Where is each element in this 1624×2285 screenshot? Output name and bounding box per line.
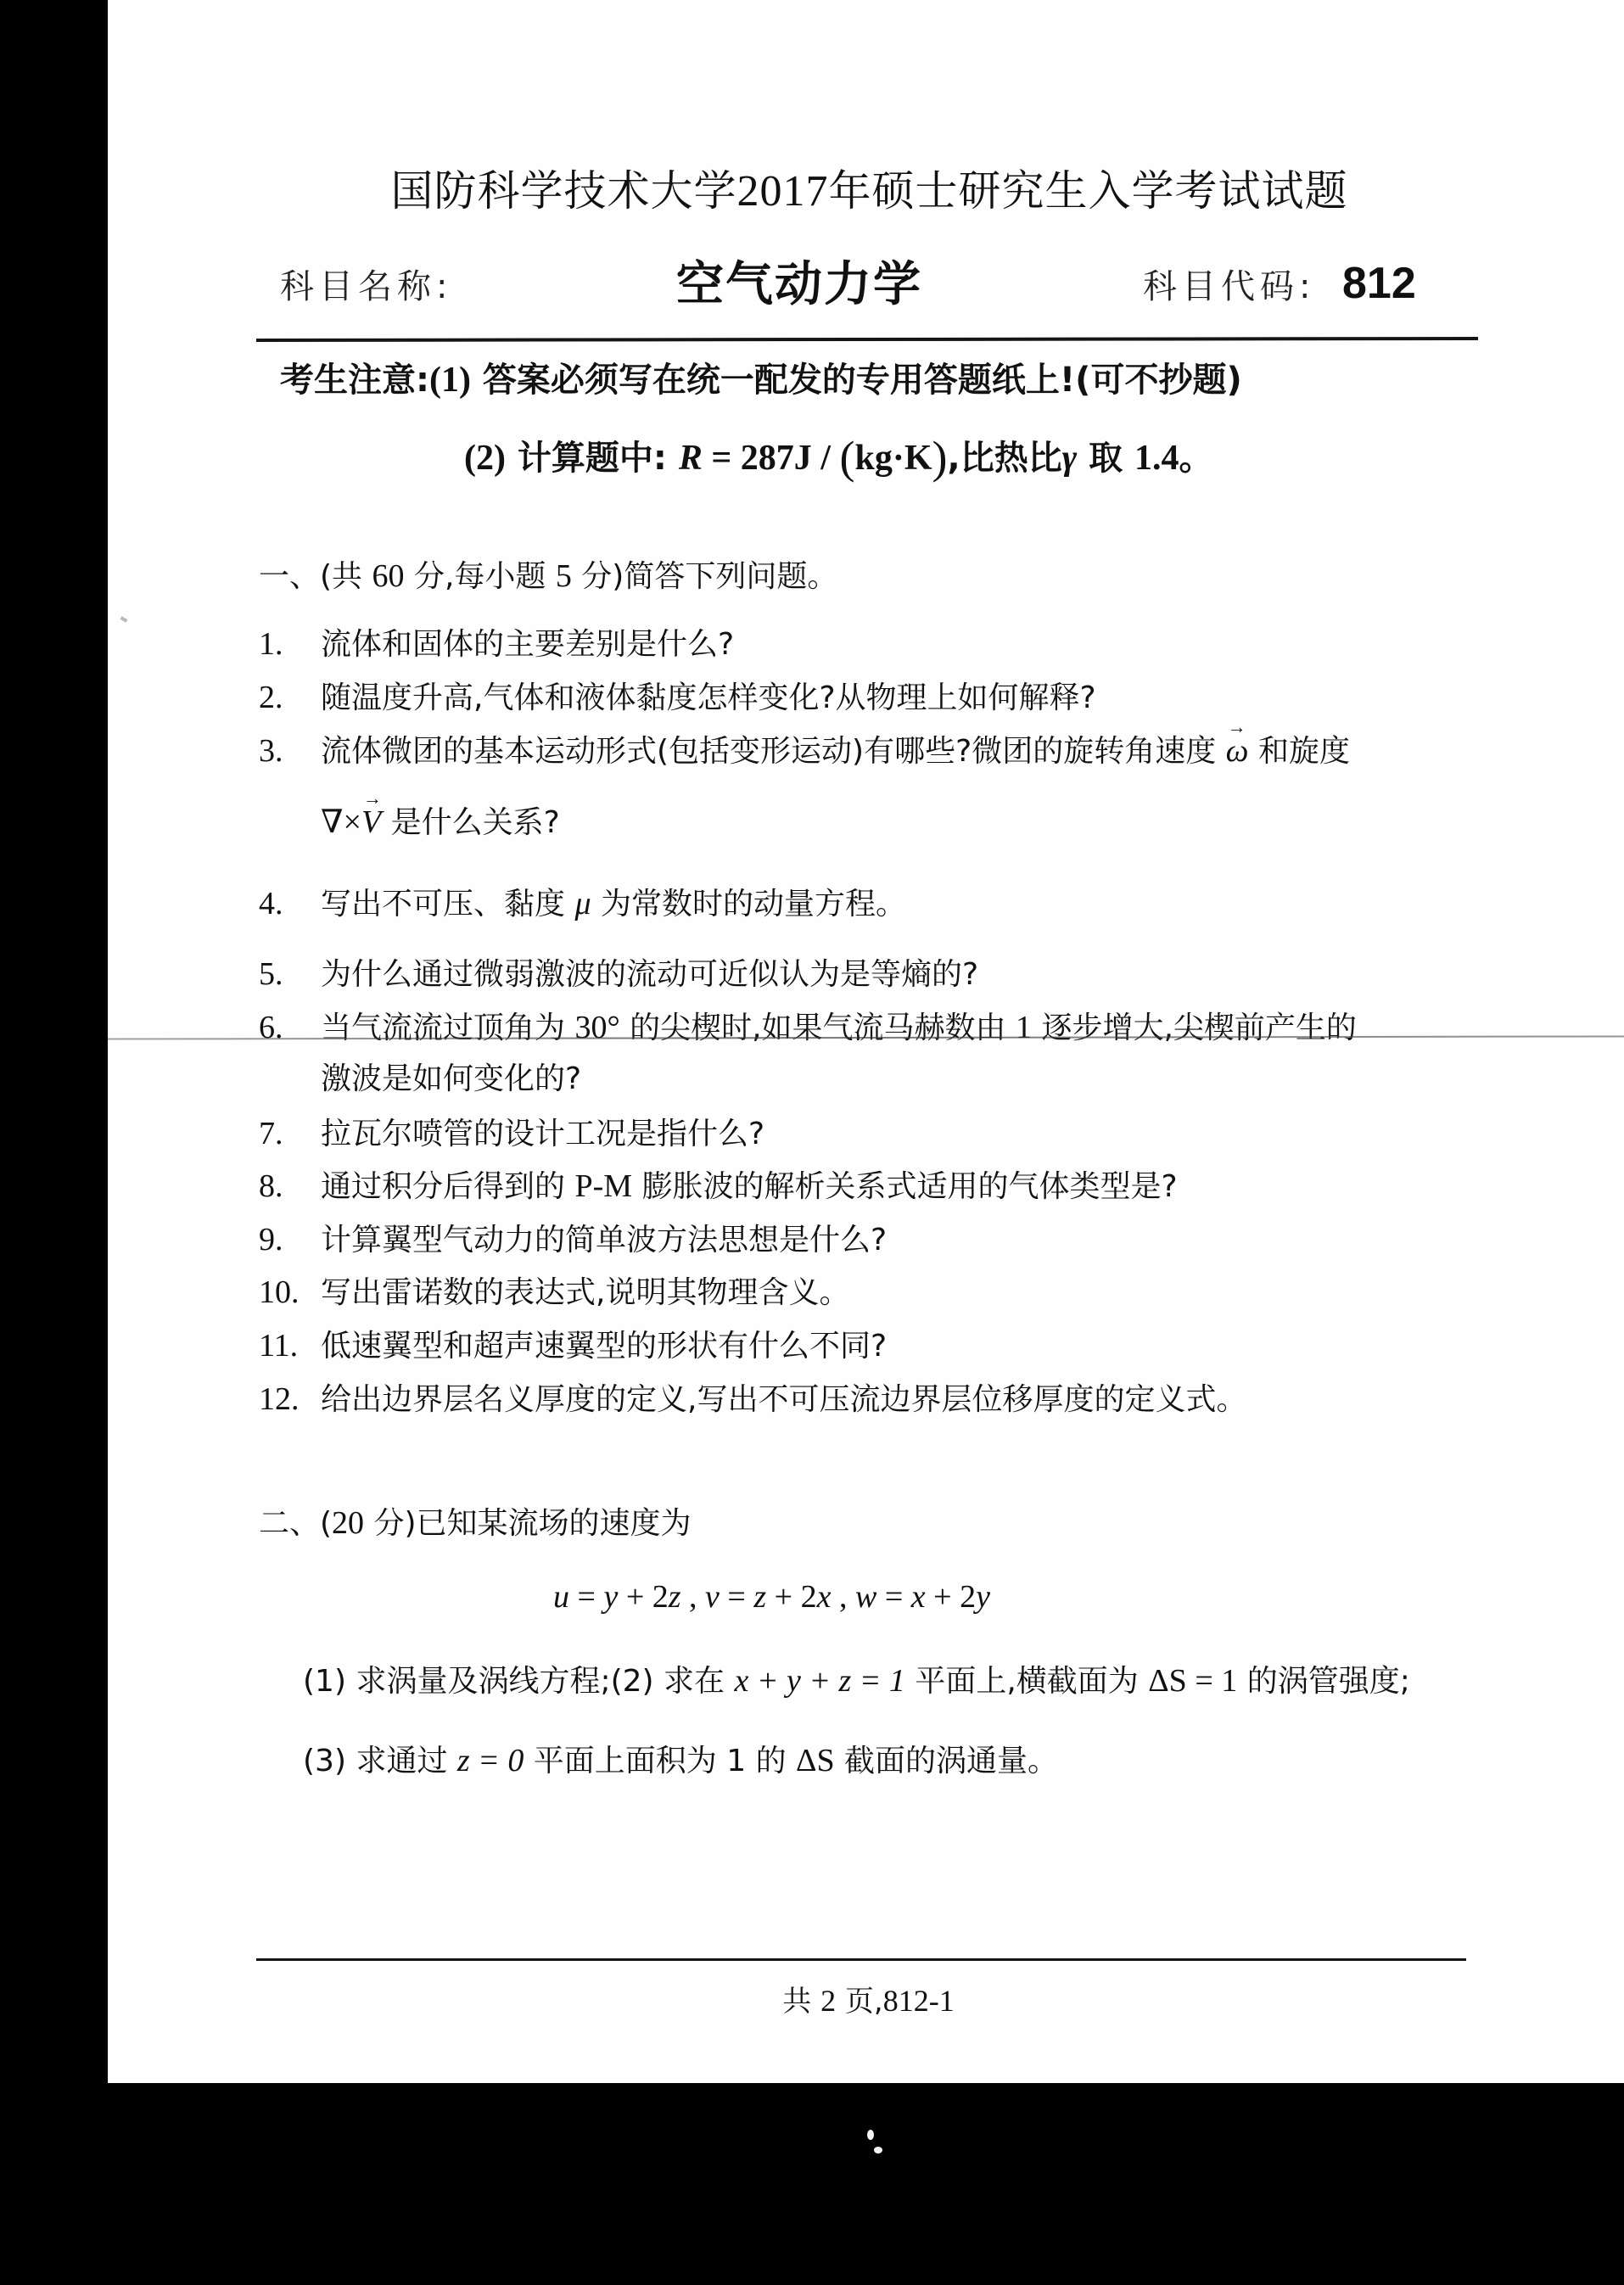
footer-divider: [256, 1958, 1466, 1961]
question-item: 11.低速翼型和超声速翼型的形状有什么不同?: [259, 1330, 887, 1362]
title-year: 2017: [737, 167, 829, 216]
page-footer: 共 2 页,812-1: [108, 1985, 1624, 2016]
omega-vector-symbol: ω: [1226, 735, 1249, 767]
question-item: 4.写出不可压、黏度 μ 为常数时的动量方程。: [259, 888, 906, 920]
notice-item2-num: (2): [464, 439, 506, 478]
question-item-continuation: ∇×V 是什么关系?: [259, 806, 560, 838]
subject-label: 科目名称:: [280, 270, 452, 304]
notice-line-2: (2) 计算题中: R = 287J / (kg·K),比热比γ 取 1.4。: [464, 434, 1213, 480]
question-item: 12.给出边界层名义厚度的定义,写出不可压流边界层位移厚度的定义式。: [259, 1383, 1246, 1415]
question-item: 7.拉瓦尔喷管的设计工况是指什么?: [259, 1117, 764, 1150]
notice-label: 考生注意:: [280, 361, 429, 400]
nabla-cross-symbol: ∇×: [321, 804, 361, 840]
exam-title: 国防科学技术大学2017年硕士研究生入学考试试题: [108, 170, 1624, 214]
scan-artifact: [120, 616, 128, 622]
notice-line-1: 考生注意:(1) 答案必须写在统一配发的专用答题纸上!(可不抄题): [280, 362, 1242, 398]
plane-equation: x + y + z = 1: [734, 1663, 904, 1699]
velocity-field-equation: u = y + 2z , v = z + 2x , w = x + 2y: [553, 1578, 990, 1616]
velocity-vector-symbol: V: [361, 806, 381, 838]
section-2-heading: 二、(20 分)已知某流场的速度为: [259, 1507, 692, 1539]
gamma-symbol: γ: [1062, 439, 1077, 478]
gamma-value: 1.4: [1134, 439, 1179, 478]
question-2-parts-1-2: (1) 求涡量及涡线方程;(2) 求在 x + y + z = 1 平面上,横截…: [303, 1665, 1410, 1697]
page-code: 812-1: [883, 1984, 955, 2018]
plane-z-equation: z = 0: [457, 1743, 524, 1778]
question-item: 5.为什么通过微弱激波的流动可近似认为是等熵的?: [259, 958, 978, 990]
notice-item1-text: 答案必须写在统一配发的专用答题纸上!(可不抄题): [483, 361, 1242, 400]
scan-speck: [874, 2147, 882, 2153]
cross-section-area: ΔS = 1: [1148, 1663, 1237, 1699]
title-prefix: 国防科学技术大学: [391, 166, 737, 216]
exam-page: 国防科学技术大学2017年硕士研究生入学考试试题 科目名称: 空气动力学 科目代…: [108, 0, 1624, 2083]
question-item: 10.写出雷诺数的表达式,说明其物理含义。: [259, 1276, 849, 1308]
question-item: 9.计算翼型气动力的简单波方法思想是什么?: [259, 1224, 887, 1256]
section-1-heading: 一、(共 60 分,每小题 5 分)简答下列问题。: [259, 560, 837, 592]
notice-item1-num: (1): [429, 361, 471, 400]
scan-speck: [867, 2130, 874, 2140]
question-item-continuation: 激波是如何变化的?: [259, 1064, 581, 1095]
title-suffix: 年硕士研究生入学考试试题: [829, 166, 1348, 216]
question-item: 3.流体微团的基本运动形式(包括变形运动)有哪些?微团的旋转角速度 ω 和旋度: [259, 735, 1350, 767]
delta-s-symbol: ΔS: [796, 1743, 835, 1778]
subject-name: 空气动力学: [676, 261, 922, 309]
question-2-part-3: (3) 求通过 z = 0 平面上面积为 1 的 ΔS 截面的涡通量。: [303, 1745, 1058, 1777]
gas-constant-formula: R = 287J / (kg·K): [679, 439, 948, 478]
subject-code-label: 科目代码:: [1143, 270, 1315, 304]
header-divider: [256, 337, 1478, 342]
subject-code-value: 812: [1342, 261, 1416, 305]
question-item: 8.通过积分后得到的 P-M 膨胀波的解析关系式适用的气体类型是?: [259, 1170, 1178, 1202]
mu-symbol: μ: [574, 886, 591, 921]
notice-item2-prefix: 计算题中:: [518, 439, 667, 478]
question-item: 2.随温度升高,气体和液体黏度怎样变化?从物理上如何解释?: [259, 681, 1096, 714]
question-item: 1.流体和固体的主要差别是什么?: [259, 628, 734, 660]
